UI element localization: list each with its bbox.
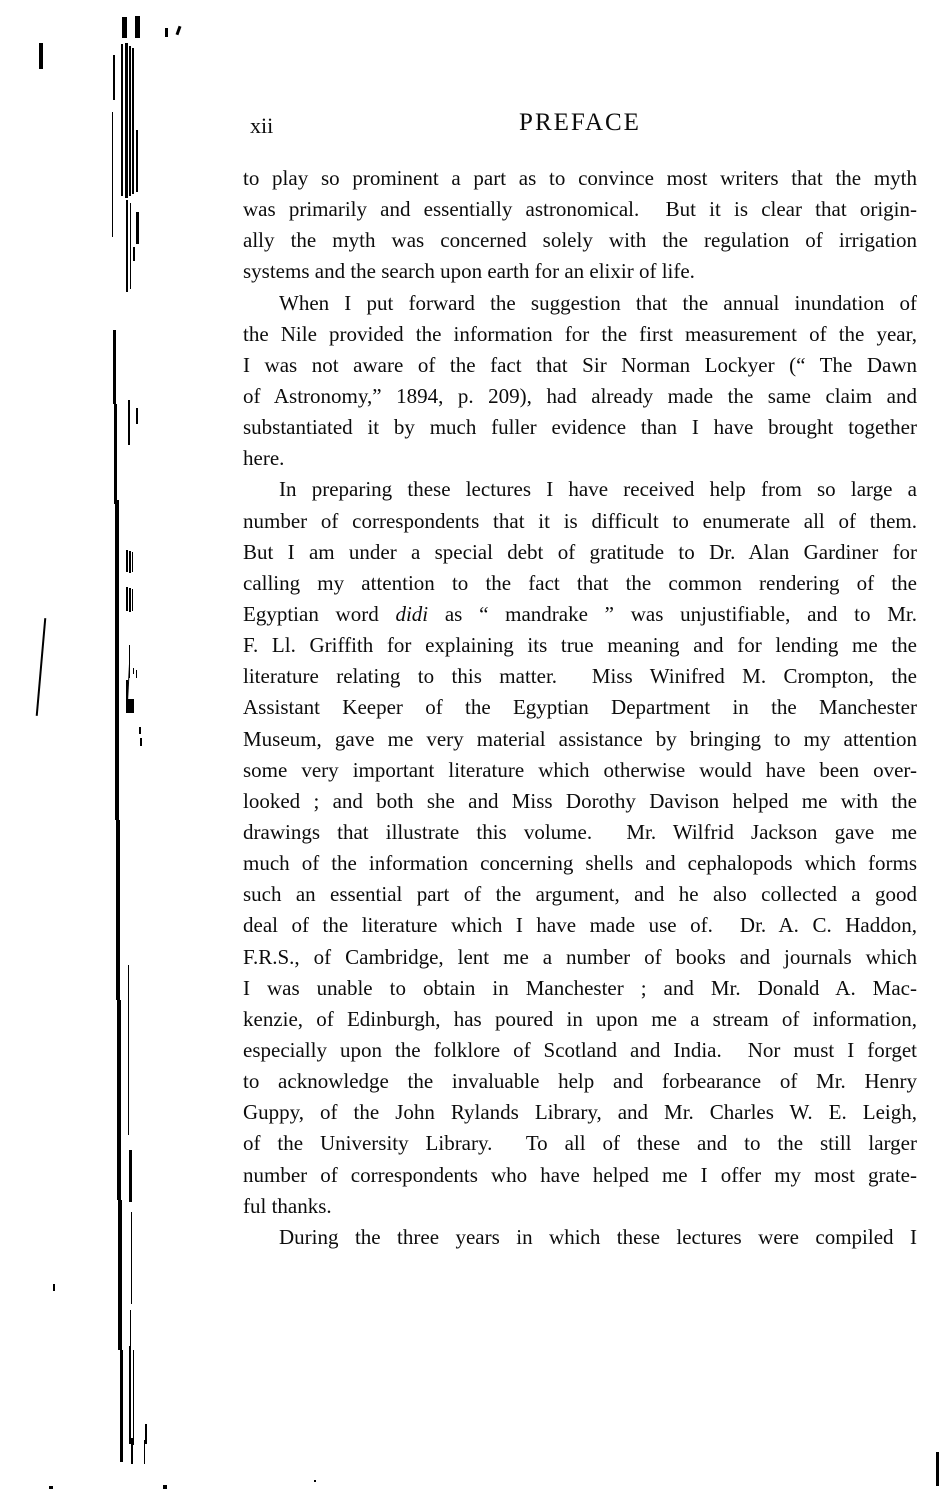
scan-artifact <box>129 46 131 196</box>
scan-artifact <box>163 1485 167 1489</box>
scan-artifact <box>133 1350 134 1445</box>
scan-artifact <box>114 404 117 504</box>
scan-artifact <box>126 587 128 611</box>
text-line-p3-2: number of correspondents that it is diff… <box>243 506 917 537</box>
scan-artifact <box>122 17 127 38</box>
scan-artifact <box>132 589 133 611</box>
text-line-p2-4: of Astronomy,” 1894, p. 209), had alread… <box>243 381 917 412</box>
scan-artifact <box>115 500 119 820</box>
text-line-p2-6: here. <box>243 443 917 474</box>
scan-artifact <box>140 738 142 746</box>
text-line-p1-4: systems and the search upon earth for an… <box>243 256 917 287</box>
scan-artifact <box>120 1350 123 1462</box>
scan-artifact <box>936 1452 939 1486</box>
text-line-p3-17: I was unable to obtain in Manchester ; a… <box>243 973 917 1004</box>
scan-artifact <box>126 550 128 572</box>
text-line-p3-24: ful thanks. <box>243 1191 917 1222</box>
scan-artifact <box>126 200 128 292</box>
text-line-p2-5: substantiated it by much fuller evidence… <box>243 412 917 443</box>
scan-artifact <box>131 1438 133 1464</box>
scan-artifact <box>135 16 140 38</box>
text-line-p1-3: ally the myth was concerned solely with … <box>243 225 917 256</box>
text-line-p2-3: I was not aware of the fact that Sir Nor… <box>243 350 917 381</box>
page-header: xii PREFACE <box>243 106 917 142</box>
text-line-p3-16: F.R.S., of Cambridge, lent me a number o… <box>243 942 917 973</box>
text-line-p4-1: During the three years in which these le… <box>243 1222 917 1253</box>
scan-artifact <box>121 44 123 196</box>
text-line-p3-19: especially upon the folklore of Scotland… <box>243 1035 917 1066</box>
text-line-p3-20: to acknowledge the invaluable help and f… <box>243 1066 917 1097</box>
scan-artifact <box>53 1284 55 1291</box>
scan-artifact <box>136 130 138 192</box>
scan-artifact <box>136 212 139 244</box>
text-line-p3-5: Egyptian word didi as “ mandrake ” was u… <box>243 599 917 630</box>
text-line-p2-1: When I put forward the suggestion that t… <box>243 288 917 319</box>
scan-artifact <box>126 699 134 713</box>
scan-artifact <box>49 1486 53 1489</box>
scanned-book-page: xii PREFACE to play so prominent a part … <box>0 0 942 1495</box>
scan-artifact <box>132 552 133 572</box>
scan-artifact <box>133 668 134 674</box>
text-line-p3-12: drawings that illustrate this volume. Mr… <box>243 817 917 848</box>
scan-artifact <box>128 965 129 1135</box>
text-line-p3-1: In preparing these lectures I have recei… <box>243 474 917 505</box>
text-line-p3-10: some very important literature which oth… <box>243 755 917 786</box>
scan-artifact <box>128 400 130 445</box>
scan-artifact <box>129 1150 132 1202</box>
scan-artifact <box>136 408 138 424</box>
text-line-p3-4: calling my attention to the fact that th… <box>243 568 917 599</box>
scan-artifact <box>139 727 141 734</box>
scan-artifact <box>144 1440 145 1464</box>
scan-artifact <box>132 48 134 194</box>
text-line-p3-7: literature relating to this matter. Miss… <box>243 661 917 692</box>
text-line-p1-1: to play so prominent a part as to convin… <box>243 163 917 194</box>
scan-artifact <box>129 551 131 573</box>
scan-artifact <box>130 203 131 289</box>
page-body: to play so prominent a part as to convin… <box>243 163 917 1253</box>
scan-artifact <box>129 1346 131 1444</box>
text-line-p3-14: such an essential part of the argument, … <box>243 879 917 910</box>
text-line-p3-8: Assistant Keeper of the Egyptian Departm… <box>243 692 917 723</box>
scan-artifact <box>176 26 182 35</box>
scan-artifact <box>125 43 128 198</box>
scan-artifact <box>314 1480 316 1482</box>
text-line-p2-2: the Nile provided the information for th… <box>243 319 917 350</box>
text-line-p3-9: Museum, gave me very material assistance… <box>243 724 917 755</box>
scan-artifact <box>145 1424 147 1444</box>
page-title: PREFACE <box>243 106 917 140</box>
scan-artifact <box>36 618 46 716</box>
scan-artifact <box>113 330 116 404</box>
text-line-p3-6: F. Ll. Griffith for explaining its true … <box>243 630 917 661</box>
scan-artifact <box>129 588 131 612</box>
text-line-p3-18: kenzie, of Edinburgh, has poured in upon… <box>243 1004 917 1035</box>
text-line-p3-15: deal of the literature which I have made… <box>243 910 917 941</box>
scan-artifact <box>113 55 115 100</box>
text-line-p3-11: looked ; and both she and Miss Dorothy D… <box>243 786 917 817</box>
scan-artifact <box>136 670 137 678</box>
scan-artifact <box>133 247 135 261</box>
scan-artifact <box>117 1000 121 1200</box>
text-line-p3-21: Guppy, of the John Rylands Library, and … <box>243 1097 917 1128</box>
scan-artifact <box>39 43 43 69</box>
scan-artifact <box>116 820 120 1000</box>
scan-artifact <box>131 1212 132 1304</box>
scan-artifact <box>112 112 113 237</box>
scan-artifact <box>118 1200 122 1350</box>
text-line-p1-2: was primarily and essentially astronomic… <box>243 194 917 225</box>
text-line-p3-22: of the University Library. To all of the… <box>243 1128 917 1159</box>
scan-artifact <box>165 28 168 37</box>
text-line-p3-23: number of correspondents who have helped… <box>243 1160 917 1191</box>
text-line-p3-13: much of the information concerning shell… <box>243 848 917 879</box>
text-line-p3-3: But I am under a special debt of gratitu… <box>243 537 917 568</box>
